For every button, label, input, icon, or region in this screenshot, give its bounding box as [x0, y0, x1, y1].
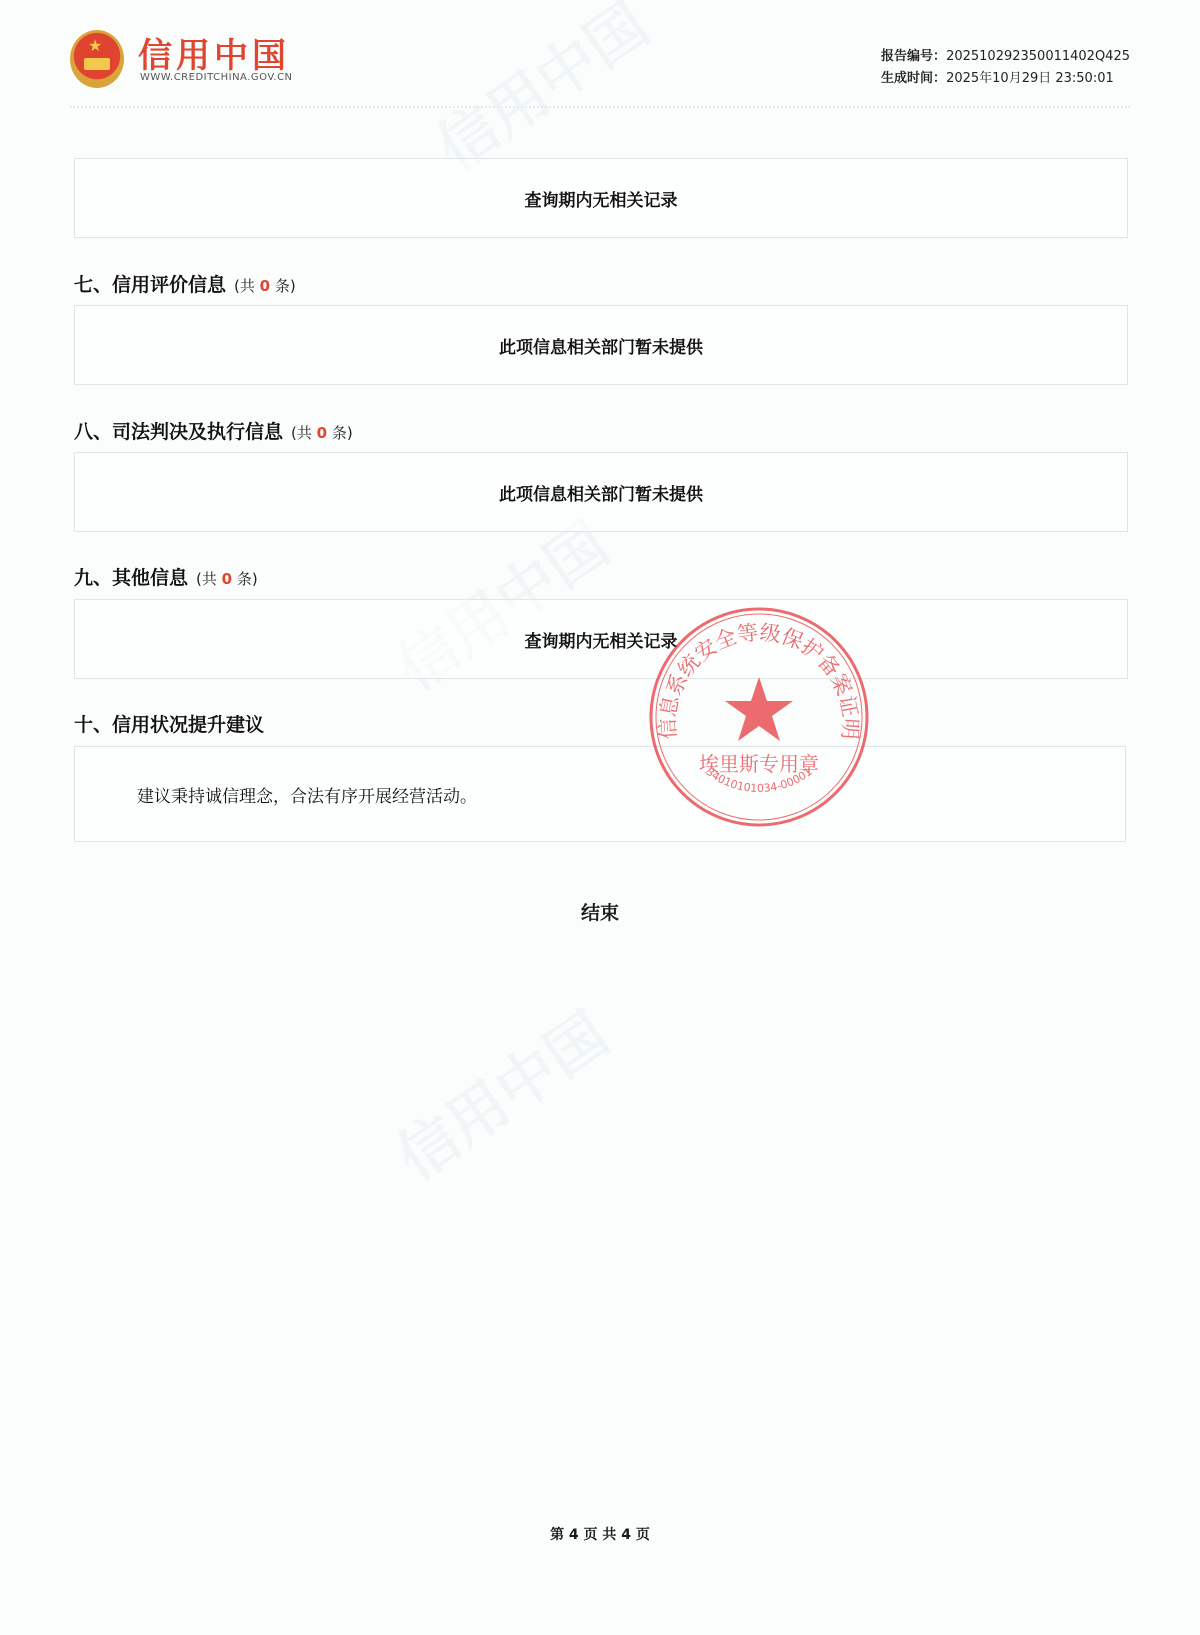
generated-time: 2025年10月29日 23:50:01	[946, 71, 1114, 86]
brand-title: 信用中国	[138, 28, 290, 77]
record-box: 查询期内无相关记录	[74, 158, 1128, 238]
section-title-credit-evaluation: 七、信用评价信息(共 0 条)	[74, 270, 296, 297]
page-number: 第 4 页 共 4 页	[0, 1524, 1200, 1544]
section-title-suggestion: 十、信用状况提升建议	[74, 710, 264, 737]
section-box-credit-evaluation: 此项信息相关部门暂未提供	[74, 305, 1128, 385]
record-count: (共 0 条)	[291, 424, 353, 442]
record-count: (共 0 条)	[196, 570, 258, 588]
generated-label: 生成时间：	[881, 71, 946, 86]
report-no-label: 报告编号：	[881, 49, 946, 64]
report-no: 202510292350011402Q425	[946, 49, 1130, 64]
star-icon	[725, 677, 793, 741]
section-box-suggestion: 建议秉持诚信理念，合法有序开展经营活动。	[74, 746, 1126, 842]
report-header: ★ 信用中国 WWW.CREDITCHINA.GOV.CN 报告编号：20251…	[70, 28, 1130, 100]
brand-url: WWW.CREDITCHINA.GOV.CN	[140, 72, 293, 83]
section-box-judicial: 此项信息相关部门暂未提供	[74, 452, 1128, 532]
record-count: (共 0 条)	[234, 277, 296, 295]
header-divider	[70, 106, 1130, 108]
end-marker: 结束	[0, 898, 1200, 925]
section-title-judicial: 八、司法判决及执行信息(共 0 条)	[74, 417, 353, 444]
section-box-other: 查询期内无相关记录	[74, 599, 1128, 679]
report-meta: 报告编号：202510292350011402Q425 生成时间：2025年10…	[881, 46, 1130, 90]
watermark: 信用中国	[377, 989, 623, 1197]
national-emblem-icon: ★	[70, 30, 124, 88]
official-seal-stamp: 信息系统安全等级保护备案证明 埃里斯专用章 34010101034-00001	[647, 605, 871, 829]
section-title-other: 九、其他信息(共 0 条)	[74, 563, 258, 590]
